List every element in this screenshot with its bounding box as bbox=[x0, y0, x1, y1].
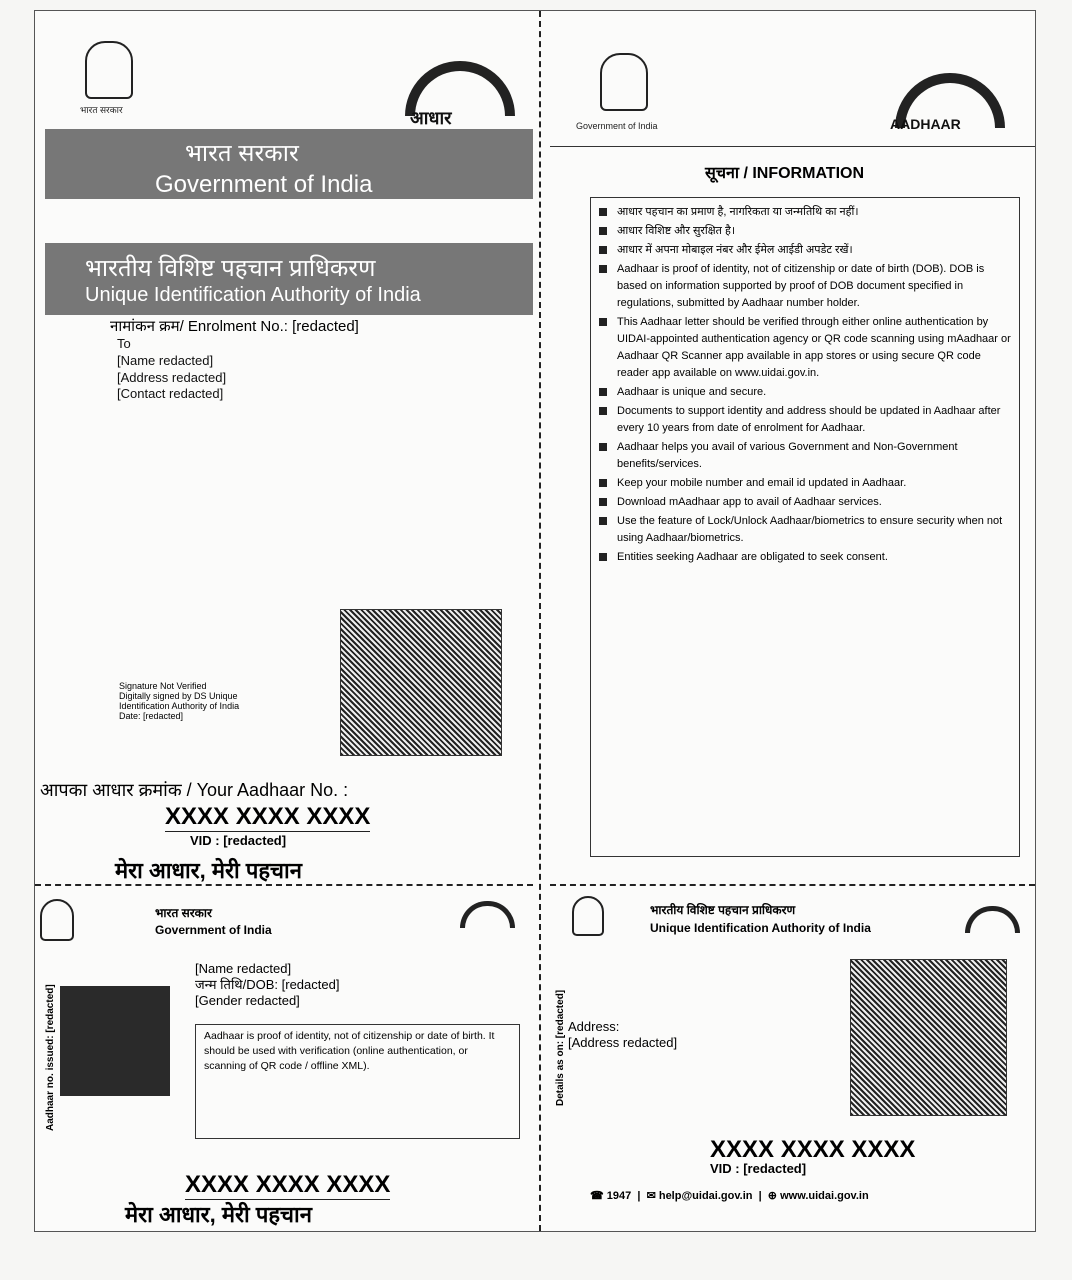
phone-icon: ☎ bbox=[590, 1190, 604, 1202]
card-gov-en: Government of India bbox=[155, 923, 272, 937]
uidai-en: Unique Identification Authority of India bbox=[85, 284, 421, 307]
information-list: आधार पहचान का प्रमाण है, नागरिकता या जन्… bbox=[590, 197, 1020, 857]
enrolment-number: नामांकन क्रम/ Enrolment No.: [redacted] bbox=[110, 316, 359, 336]
header-rule bbox=[550, 146, 1035, 147]
page: भारत सरकार आधार भारत सरकार Government of… bbox=[0, 0, 1072, 1280]
card-note: Aadhaar is proof of identity, not of cit… bbox=[195, 1024, 520, 1139]
card-uidai-en: Unique Identification Authority of India bbox=[650, 921, 871, 935]
card-logo-icon bbox=[460, 901, 515, 928]
card-gov-hi: भारत सरकार bbox=[155, 904, 212, 921]
gov-hi: भारत सरकार bbox=[185, 136, 299, 169]
aadhaar-label: आपका आधार क्रमांक / Your Aadhaar No. : bbox=[40, 778, 348, 802]
tagline: मेरा आधार, मेरी पहचान bbox=[115, 855, 302, 885]
info-item: आधार में अपना मोबाइल नंबर और ईमेल आईडी अ… bbox=[599, 242, 1011, 259]
uidai-hi: भारतीय विशिष्ट पहचान प्राधिकरण bbox=[85, 251, 375, 284]
card-vid: VID : [redacted] bbox=[710, 1161, 806, 1176]
card-cut-line bbox=[35, 884, 533, 886]
card-uidai-hi: भारतीय विशिष्ट पहचान प्राधिकरण bbox=[650, 901, 795, 918]
cut-line bbox=[539, 11, 541, 1231]
aadhaar-letter: भारत सरकार आधार भारत सरकार Government of… bbox=[34, 10, 1036, 1232]
photo-redacted bbox=[60, 986, 170, 1096]
card-holder-details: [Name redacted] जन्म तिथि/DOB: [redacted… bbox=[195, 961, 339, 1009]
info-item: Use the feature of Lock/Unlock Aadhaar/b… bbox=[599, 513, 1011, 547]
info-item: आधार विशिष्ट और सुरक्षित है। bbox=[599, 223, 1011, 240]
emblem-caption: Government of India bbox=[576, 121, 658, 131]
info-item: Aadhaar helps you avail of various Gover… bbox=[599, 439, 1011, 473]
info-item: This Aadhaar letter should be verified t… bbox=[599, 314, 1011, 382]
card-tagline: मेरा आधार, मेरी पहचान bbox=[125, 1199, 312, 1229]
info-item: Aadhaar is unique and secure. bbox=[599, 384, 1011, 401]
card-qr-code bbox=[850, 959, 1007, 1116]
issued-date: Aadhaar no. issued: [redacted] bbox=[45, 984, 56, 1131]
info-item: Download mAadhaar app to avail of Aadhaa… bbox=[599, 494, 1011, 511]
card-footer: ☎ 1947 | ✉ help@uidai.gov.in | ⊕ www.uid… bbox=[590, 1189, 869, 1202]
card-cut-line bbox=[550, 884, 1035, 886]
info-item: Aadhaar is proof of identity, not of cit… bbox=[599, 261, 1011, 312]
info-item: Entities seeking Aadhaar are obligated t… bbox=[599, 549, 1011, 566]
card-aadhaar-number: XXXX XXXX XXXX bbox=[710, 1136, 915, 1164]
card-emblem-icon bbox=[40, 899, 74, 941]
info-item: Documents to support identity and addres… bbox=[599, 403, 1011, 437]
aadhaar-number: XXXX XXXX XXXX bbox=[165, 803, 370, 832]
card-logo-icon bbox=[965, 906, 1020, 933]
web-icon: ⊕ bbox=[768, 1190, 777, 1202]
emblem-icon bbox=[600, 53, 648, 111]
letter-right: Government of India AADHAAR सूचना / INFO… bbox=[550, 11, 1035, 1231]
gov-en: Government of India bbox=[155, 171, 372, 199]
info-item: आधार पहचान का प्रमाण है, नागरिकता या जन्… bbox=[599, 204, 1011, 221]
digital-signature: Signature Not Verified Digitally signed … bbox=[119, 681, 239, 721]
recipient-address: To [Name redacted] [Address redacted] [C… bbox=[117, 336, 226, 403]
qr-code bbox=[340, 609, 502, 756]
card-address: Address: [Address redacted] bbox=[568, 1019, 677, 1051]
card-emblem-icon bbox=[572, 896, 604, 936]
aadhaar-logo-text: AADHAAR bbox=[890, 116, 961, 132]
info-item: Keep your mobile number and email id upd… bbox=[599, 475, 1011, 492]
info-title: सूचना / INFORMATION bbox=[705, 161, 864, 183]
vid-number: VID : [redacted] bbox=[190, 833, 286, 848]
emblem-icon bbox=[85, 41, 133, 99]
details-date: Details as on: [redacted] bbox=[555, 990, 566, 1106]
emblem-caption: भारत सरकार bbox=[80, 103, 123, 116]
mail-icon: ✉ bbox=[647, 1190, 656, 1202]
letter-left: भारत सरकार आधार भारत सरकार Government of… bbox=[35, 11, 533, 1231]
card-aadhaar-number: XXXX XXXX XXXX bbox=[185, 1171, 390, 1200]
aadhaar-logo-text: आधार bbox=[410, 106, 452, 130]
